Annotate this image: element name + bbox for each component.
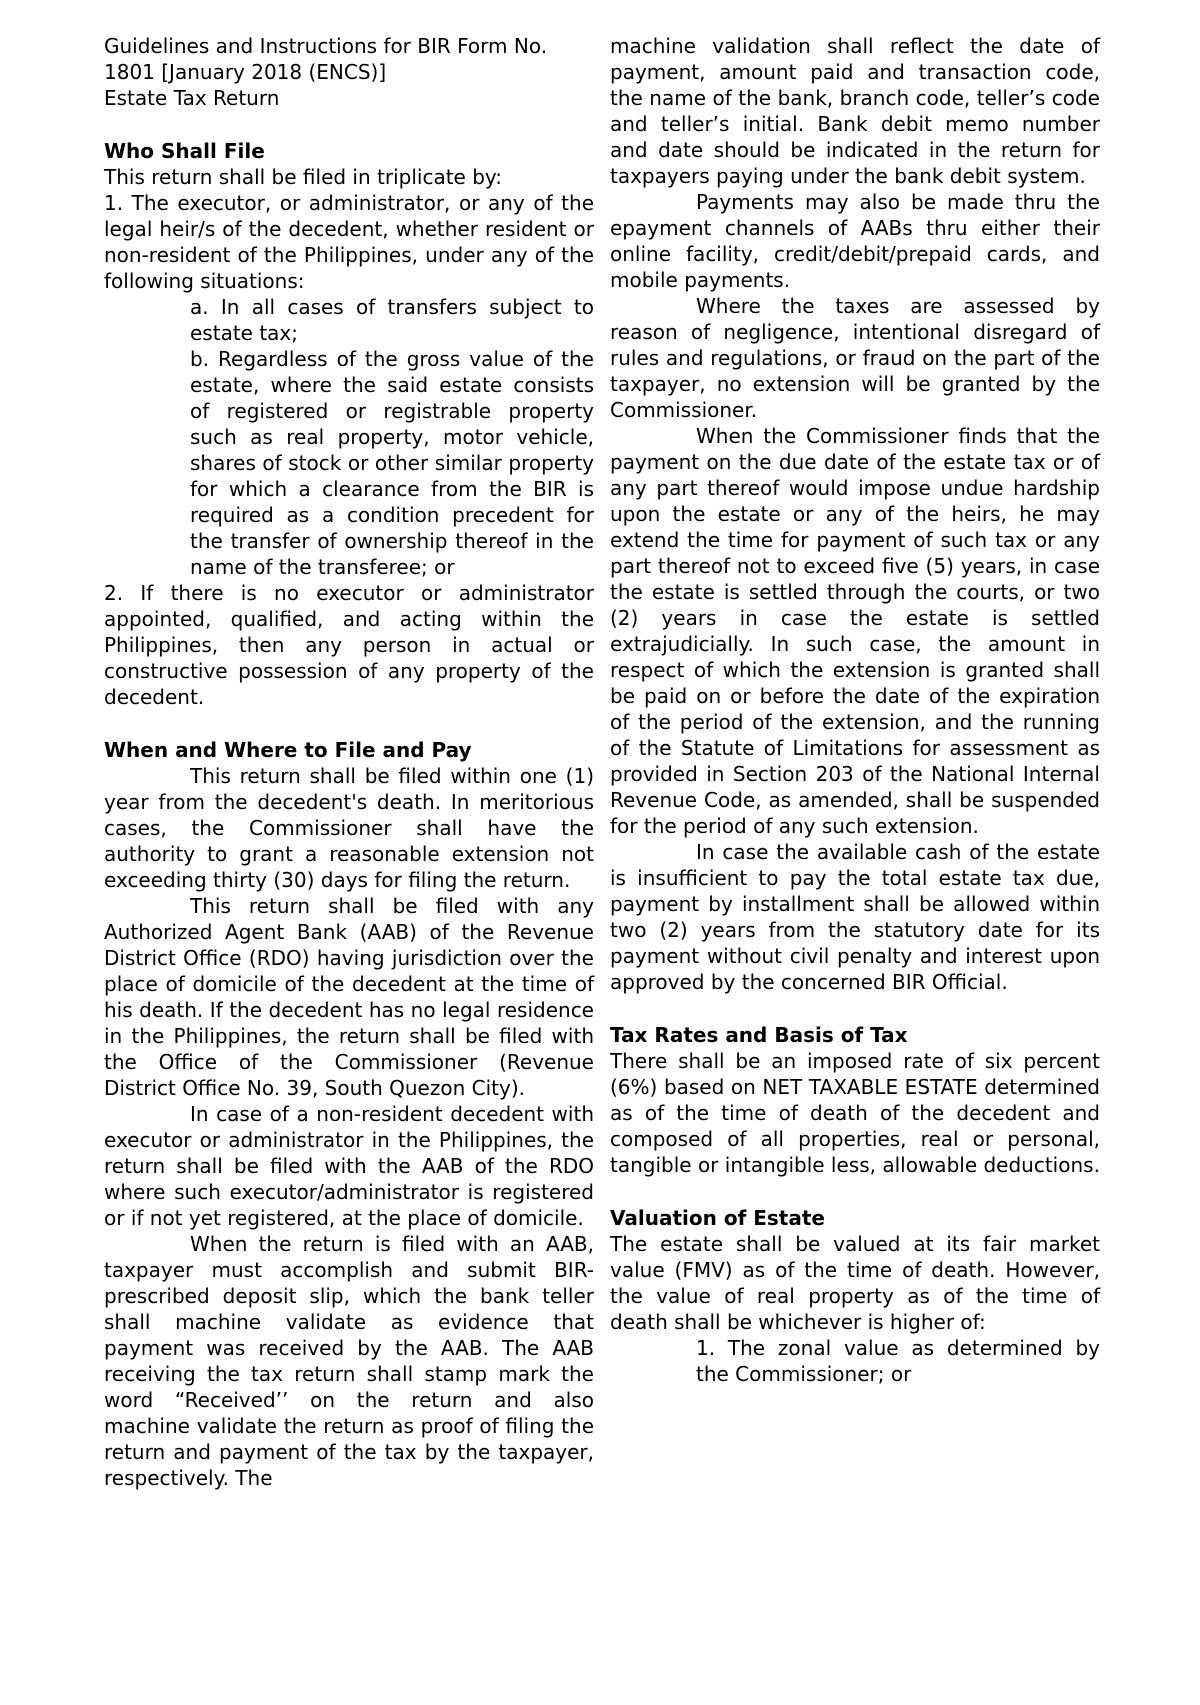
- paragraph: Where the taxes are assessed by reason o…: [610, 293, 1100, 423]
- document-page: Guidelines and Instructions for BIR Form…: [0, 0, 1200, 1491]
- paragraph: In case of a non-resident decedent with …: [104, 1101, 594, 1231]
- document-title: Guidelines and Instructions for BIR Form…: [104, 33, 594, 85]
- document-subtitle: Estate Tax Return: [104, 85, 594, 111]
- column-right: machine validation shall reflect the dat…: [610, 33, 1100, 1491]
- paragraph: 1. The executor, or administrator, or an…: [104, 190, 594, 294]
- paragraph: b. Regardless of the gross value of the …: [190, 346, 594, 580]
- paragraph: a. In all cases of transfers subject to …: [190, 294, 594, 346]
- section-heading-when-and-where-to-file-and-pay: When and Where to File and Pay: [104, 737, 594, 763]
- paragraph: When the return is filed with an AAB, ta…: [104, 1231, 594, 1491]
- paragraph: 1. The zonal value as determined by the …: [696, 1335, 1100, 1387]
- paragraph: There shall be an imposed rate of six pe…: [610, 1048, 1100, 1178]
- paragraph: When the Commissioner finds that the pay…: [610, 423, 1100, 839]
- section-heading-who-shall-file: Who Shall File: [104, 138, 594, 164]
- paragraph: This return shall be filed within one (1…: [104, 763, 594, 893]
- section-heading-tax-rates-and-basis-of-tax: Tax Rates and Basis of Tax: [610, 1022, 1100, 1048]
- paragraph: The estate shall be valued at its fair m…: [610, 1231, 1100, 1335]
- section-heading-valuation-of-estate: Valuation of Estate: [610, 1205, 1100, 1231]
- paragraph: In case the available cash of the estate…: [610, 839, 1100, 995]
- paragraph: Payments may also be made thru the epaym…: [610, 189, 1100, 293]
- paragraph: This return shall be filed with any Auth…: [104, 893, 594, 1101]
- paragraph: machine validation shall reflect the dat…: [610, 33, 1100, 189]
- paragraph: 2. If there is no executor or administra…: [104, 580, 594, 710]
- column-left: Guidelines and Instructions for BIR Form…: [104, 33, 594, 1491]
- paragraph: This return shall be filed in triplicate…: [104, 164, 594, 190]
